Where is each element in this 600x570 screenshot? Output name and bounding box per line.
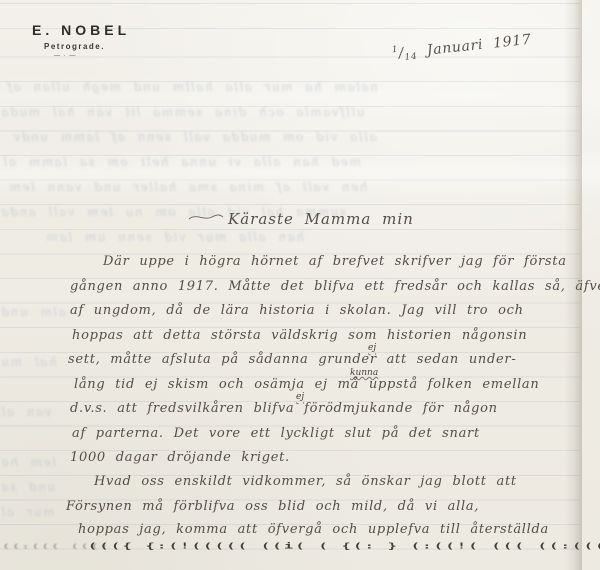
body-line: d.v.s. att fredsvilkåren blifva förödmju… bbox=[70, 401, 498, 416]
fold-distorted-fragment: ((:((( (((: bbox=[2, 543, 110, 551]
letterhead-name: E. NOBEL bbox=[32, 22, 130, 38]
bleedthrough-fragment: lem ha bbox=[0, 455, 56, 469]
body-line: af ungdom, då de lära historia i skolan.… bbox=[70, 303, 524, 318]
body-line: Där uppe i högra hörnet af brefvet skrif… bbox=[103, 254, 567, 269]
paper-crease bbox=[0, 150, 600, 196]
bleedthrough-fragment: alm und bbox=[0, 305, 66, 319]
body-line: hoppas att detta största väldskrig som h… bbox=[72, 328, 527, 343]
insertion-word: ej bbox=[296, 392, 304, 402]
bleedthrough-fragment: und sa bbox=[0, 480, 55, 494]
bleedthrough-line: ullfvamla och dina semma lit van hal mud… bbox=[0, 105, 364, 119]
fold-distorted-line: ((({ {:(!((((( ((i( ( {(: } (:((!( ((( (… bbox=[88, 541, 568, 551]
body-line: Försynen må förblifva oss blid och mild,… bbox=[66, 499, 479, 514]
letter-scan: nalam ha mur alla hallm und megh ullan a… bbox=[0, 0, 600, 570]
bleedthrough-fragment: hal mu bbox=[0, 355, 57, 369]
body-line: hoppas jag, komma att öfvergå och upplef… bbox=[78, 522, 549, 537]
date-fraction: 1/14 bbox=[391, 44, 417, 62]
salutation: Käraste Mamma min bbox=[188, 210, 414, 228]
insertion-word: ej bbox=[368, 343, 376, 353]
salutation-text: Käraste Mamma min bbox=[228, 210, 414, 228]
bleedthrough-line: han alla mur vid senn um lam bbox=[4, 230, 304, 244]
bleedthrough-fragment: van al bbox=[0, 405, 51, 419]
bleedthrough-line: med han alla vi unna helt om sa lamm al bbox=[2, 155, 361, 169]
letterhead-place: Petrograde. bbox=[44, 42, 130, 51]
body-line: lång tid ej skism och osämja ej må uppst… bbox=[74, 377, 539, 392]
body-line: Hvad oss enskildt vidkommer, så önskar j… bbox=[94, 474, 517, 489]
insertion-word: kunna bbox=[350, 368, 378, 378]
body-line: sett, måtte afsluta på sådanna grunder a… bbox=[68, 352, 516, 367]
date-line: 1/14 Januari 1917 bbox=[391, 31, 532, 65]
date-month-year: Januari 1917 bbox=[426, 32, 532, 59]
bleedthrough-line: alla vid om mudda vall senn af lamm undv bbox=[12, 130, 377, 144]
bleedthrough-fragment: mur al bbox=[0, 505, 55, 519]
letter-paper: nalam ha mur alla hallm und megh ullan a… bbox=[0, 0, 600, 570]
letterhead: E. NOBEL Petrograde. — · — bbox=[32, 22, 130, 59]
bleedthrough-line: nalam ha mur alla hallm und megh ullan a… bbox=[6, 80, 378, 94]
body-line: 1000 dagar dröjande kriget. bbox=[70, 450, 290, 465]
body-line: af parterna. Det vore ett lyckligt slut … bbox=[72, 426, 480, 441]
salutation-flourish-icon bbox=[188, 212, 224, 222]
letterhead-flourish-icon: — · — bbox=[54, 53, 130, 59]
body-line: gången anno 1917. Måtte det blifva ett f… bbox=[70, 279, 600, 294]
date-day-new-style: 14 bbox=[404, 52, 418, 63]
paper-crease bbox=[0, 74, 600, 120]
bleedthrough-line: hen vall af mina sma haller und vann lem bbox=[8, 180, 367, 194]
